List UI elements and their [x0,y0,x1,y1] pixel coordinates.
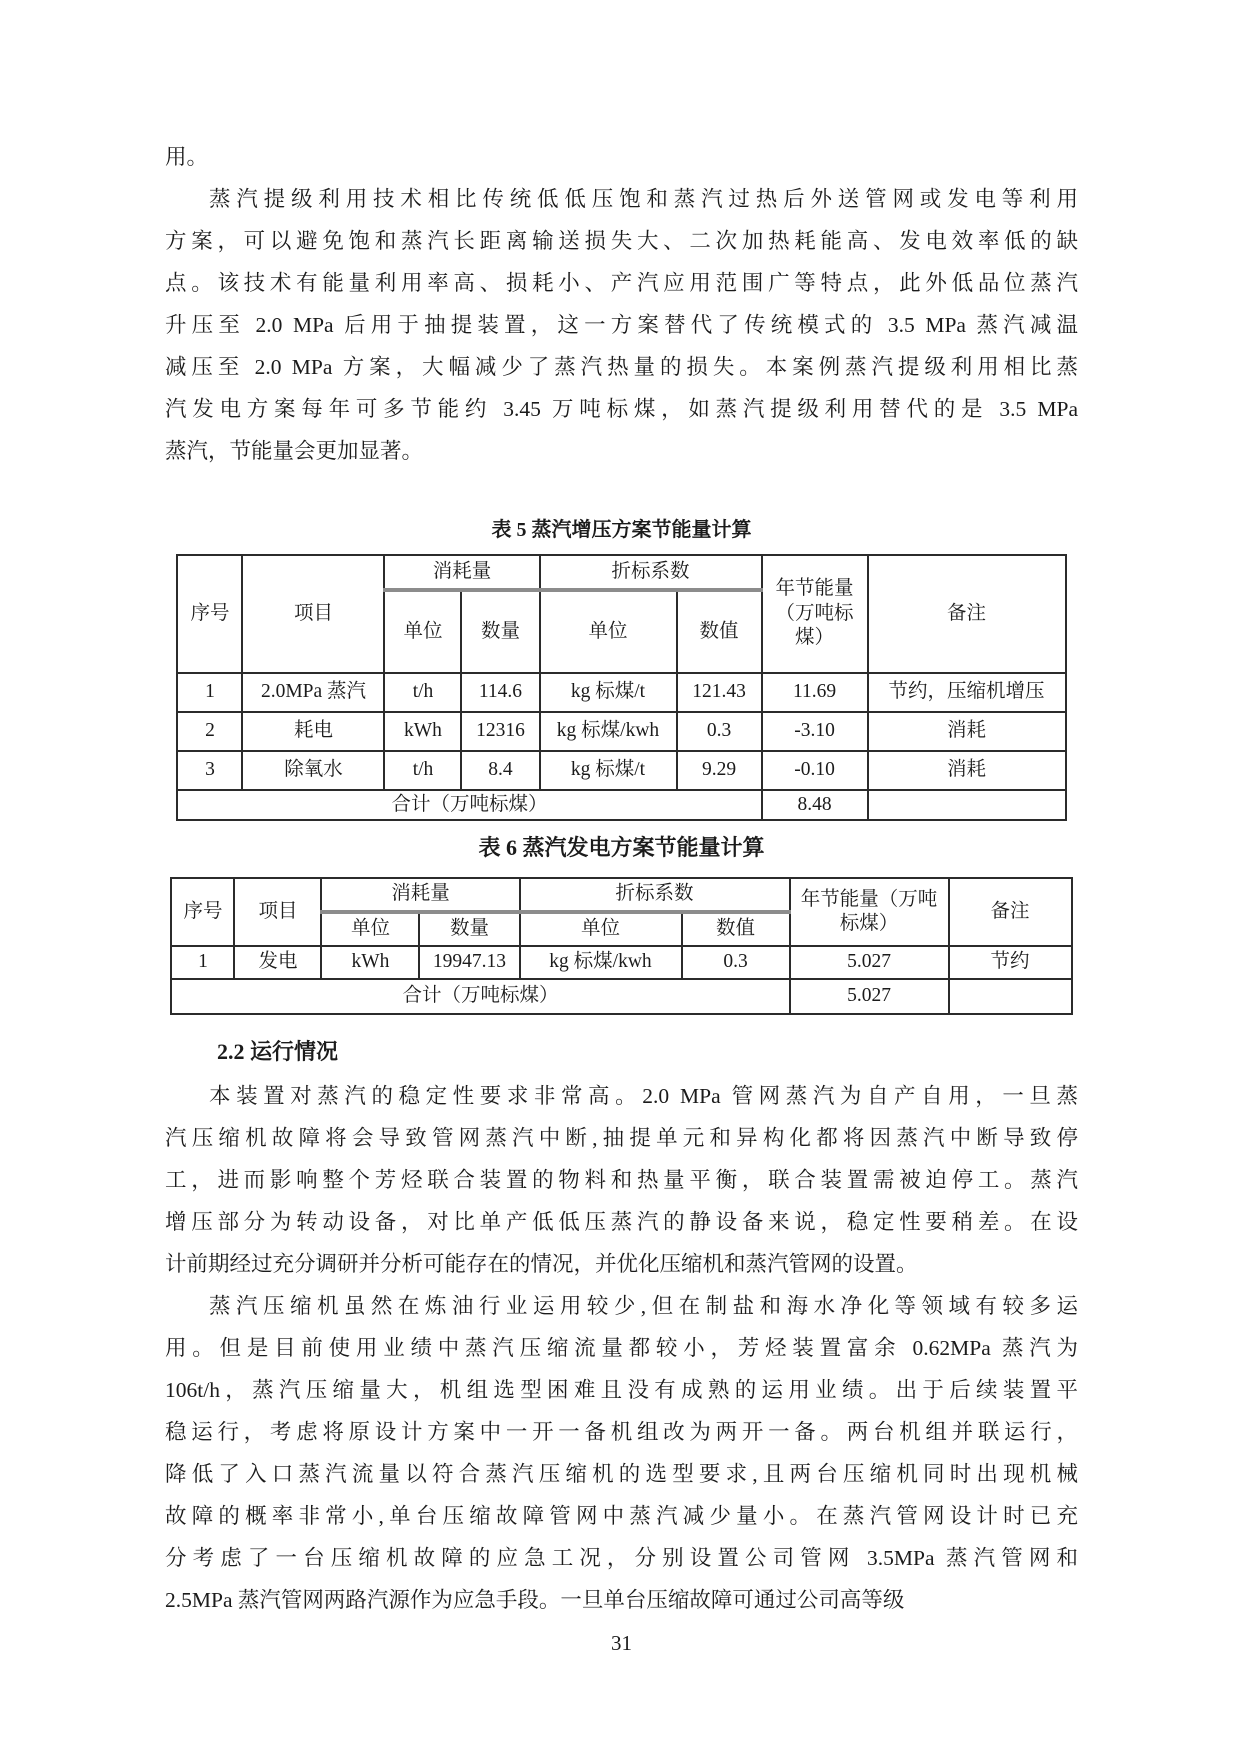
cell-factor-value: 121.43 [677,673,762,712]
cell-quantity: 114.6 [461,673,539,712]
table6-caption: 表 6 蒸汽发电方案节能量计算 [165,833,1078,863]
cell-annual: -3.10 [762,712,868,751]
total-remark-empty [868,790,1066,820]
cell-factor-value: 9.29 [677,751,762,790]
table6-header-unit: 单位 [520,912,682,946]
table5-header-remark: 备注 [868,555,1066,673]
table5-header-seq: 序号 [177,555,242,673]
cell-seq: 1 [171,946,234,979]
cell-remark: 消耗 [868,712,1066,751]
cell-item: 发电 [234,946,321,979]
paragraph3-line: 用。但是目前使用业绩中蒸汽压缩流量都较小，芳烃装置富余 0.62MPa 蒸汽为 [165,1327,1078,1369]
total-remark-empty [949,979,1072,1014]
paragraph3-line: 稳运行，考虑将原设计方案中一开一备机组改为两开一备。两台机组并联运行， [165,1411,1078,1453]
table5-header-value: 数值 [677,590,762,673]
cell-quantity: 8.4 [461,751,539,790]
total-value: 8.48 [762,790,868,820]
table5: 序号 项目 消耗量 折标系数 年节能量（万吨标煤） 备注 单位 数量 单位 数值… [176,554,1066,821]
paragraph1-line: 汽发电方案每年可多节能约 3.45 万吨标煤，如蒸汽提级利用替代的是 3.5 M… [165,388,1078,430]
table6-header-factor: 折标系数 [520,878,790,912]
total-label: 合计（万吨标煤） [177,790,761,820]
cell-unit: kWh [384,712,461,751]
table5-row: 1 2.0MPa 蒸汽 t/h 114.6 kg 标煤/t 121.43 11.… [177,673,1065,712]
cell-remark: 消耗 [868,751,1066,790]
cell-item: 除氧水 [242,751,384,790]
cell-remark: 节约，压缩机增压 [868,673,1066,712]
cell-quantity: 12316 [461,712,539,751]
table5-header-consumption: 消耗量 [384,555,539,590]
paragraph-carryover-line: 用。 [165,136,1078,178]
page-number: 31 [165,1631,1078,1655]
cell-annual: -0.10 [762,751,868,790]
table5-header-unit: 单位 [540,590,677,673]
table6-total-row: 合计（万吨标煤） 5.027 [171,979,1071,1014]
table6-header-consumption: 消耗量 [321,878,519,912]
table6-header-seq: 序号 [171,878,234,946]
table6-header-remark: 备注 [949,878,1072,946]
paragraph1-line: 方案，可以避免饱和蒸汽长距离输送损失大、二次加热耗能高、发电效率低的缺 [165,220,1078,262]
paragraph3-line: 分考虑了一台压缩机故障的应急工况，分别设置公司管网 3.5MPa 蒸汽管网和 [165,1537,1078,1579]
total-value: 5.027 [790,979,949,1014]
cell-item: 耗电 [242,712,384,751]
table5-header-factor: 折标系数 [540,555,762,590]
paragraph2-line: 工，进而影响整个芳烃联合装置的物料和热量平衡，联合装置需被迫停工。蒸汽 [165,1159,1078,1201]
table5-total-row: 合计（万吨标煤） 8.48 [177,790,1065,820]
cell-factor-unit: kg 标煤/t [540,751,677,790]
table5-row: 2 耗电 kWh 12316 kg 标煤/kwh 0.3 -3.10 消耗 [177,712,1065,751]
total-label: 合计（万吨标煤） [171,979,789,1014]
table6-header-annual: 年节能量（万吨标煤） [790,878,949,946]
cell-annual: 5.027 [790,946,949,979]
table6-header-value: 数值 [682,912,790,946]
paragraph1-line: 升压至 2.0 MPa 后用于抽提装置，这一方案替代了传统模式的 3.5 MPa… [165,304,1078,346]
table6: 序号 项目 消耗量 折标系数 年节能量（万吨标煤） 备注 单位 数量 单位 数值… [170,877,1072,1015]
cell-unit: t/h [384,751,461,790]
table5-header-annual: 年节能量（万吨标煤） [762,555,868,673]
paragraph2-line: 计前期经过充分调研并分析可能存在的情况，并优化压缩机和蒸汽管网的设置。 [165,1243,1078,1285]
paragraph2-line: 汽压缩机故障将会导致管网蒸汽中断,抽提单元和异构化都将因蒸汽中断导致停 [165,1117,1078,1159]
cell-quantity: 19947.13 [419,946,519,979]
paragraph2-line: 增压部分为转动设备，对比单产低低压蒸汽的静设备来说，稳定性要稍差。在设 [165,1201,1078,1243]
cell-item: 2.0MPa 蒸汽 [242,673,384,712]
table6-header-item: 项目 [234,878,321,946]
table5-header-quantity: 数量 [461,590,539,673]
paragraph1-line: 蒸汽提级利用技术相比传统低低压饱和蒸汽过热后外送管网或发电等利用 [165,178,1078,220]
cell-seq: 1 [177,673,242,712]
paragraph2-line: 本装置对蒸汽的稳定性要求非常高。2.0 MPa 管网蒸汽为自产自用，一旦蒸 [165,1075,1078,1117]
page-content: 用。 蒸汽提级利用技术相比传统低低压饱和蒸汽过热后外送管网或发电等利用 方案，可… [165,136,1078,1655]
paragraph1-line: 点。该技术有能量利用率高、损耗小、产汽应用范围广等特点，此外低品位蒸汽 [165,262,1078,304]
cell-unit: kWh [321,946,419,979]
cell-seq: 2 [177,712,242,751]
table6-header-quantity: 数量 [419,912,519,946]
cell-unit: t/h [384,673,461,712]
section-heading: 2.2 运行情况 [165,1037,1078,1067]
table6-row: 1 发电 kWh 19947.13 kg 标煤/kwh 0.3 5.027 节约 [171,946,1071,979]
paragraph3-line: 2.5MPa 蒸汽管网两路汽源作为应急手段。一旦单台压缩故障可通过公司高等级 [165,1579,1078,1621]
table5-header-item: 项目 [242,555,384,673]
table6-header-unit: 单位 [321,912,419,946]
paragraph1-line: 蒸汽，节能量会更加显著。 [165,430,1078,472]
cell-remark: 节约 [949,946,1072,979]
paragraph1-line: 减压至 2.0 MPa 方案，大幅减少了蒸汽热量的损失。本案例蒸汽提级利用相比蒸 [165,346,1078,388]
cell-annual: 11.69 [762,673,868,712]
document-page: 用。 蒸汽提级利用技术相比传统低低压饱和蒸汽过热后外送管网或发电等利用 方案，可… [0,0,1240,1753]
cell-factor-unit: kg 标煤/kwh [520,946,682,979]
table5-caption: 表 5 蒸汽增压方案节能量计算 [165,516,1078,544]
cell-factor-unit: kg 标煤/t [540,673,677,712]
paragraph3-line: 降低了入口蒸汽流量以符合蒸汽压缩机的选型要求,且两台压缩机同时出现机械 [165,1453,1078,1495]
cell-factor-value: 0.3 [682,946,790,979]
cell-factor-unit: kg 标煤/kwh [540,712,677,751]
paragraph3-line: 蒸汽压缩机虽然在炼油行业运用较少,但在制盐和海水净化等领域有较多运 [165,1285,1078,1327]
table5-row: 3 除氧水 t/h 8.4 kg 标煤/t 9.29 -0.10 消耗 [177,751,1065,790]
table5-header-unit: 单位 [384,590,461,673]
cell-seq: 3 [177,751,242,790]
paragraph3-line: 故障的概率非常小,单台压缩故障管网中蒸汽减少量小。在蒸汽管网设计时已充 [165,1495,1078,1537]
paragraph3-line: 106t/h，蒸汽压缩量大，机组选型困难且没有成熟的运用业绩。出于后续装置平 [165,1369,1078,1411]
cell-factor-value: 0.3 [677,712,762,751]
